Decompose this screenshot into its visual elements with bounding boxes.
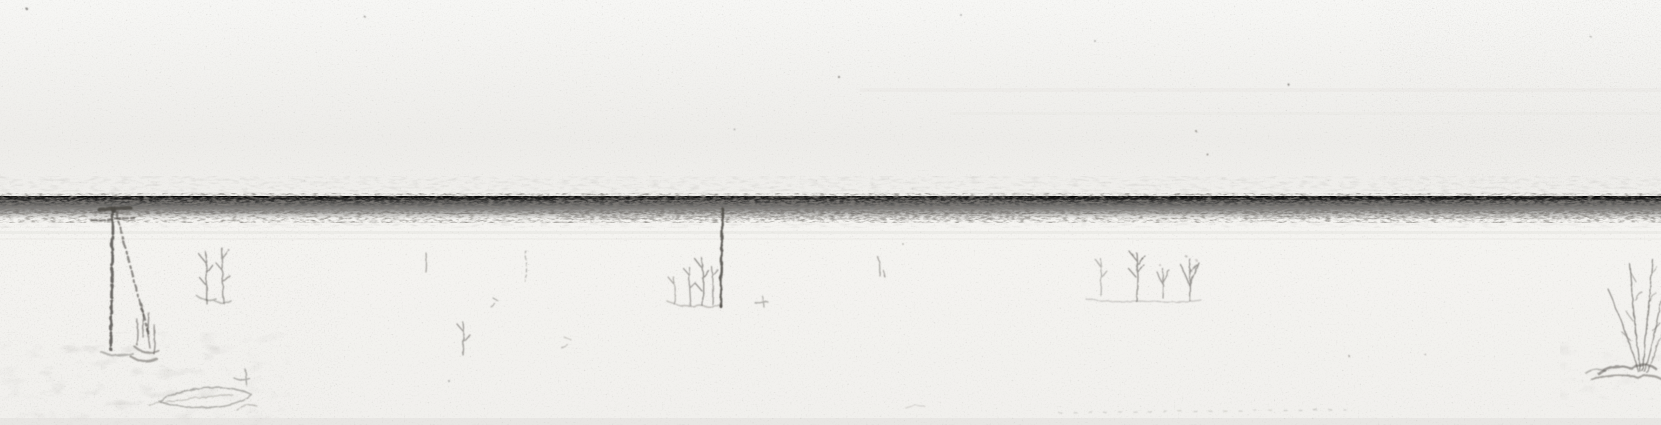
grain-overlay (0, 0, 1661, 425)
landscape-canvas (0, 0, 1661, 425)
winter-landscape-photo (0, 0, 1661, 425)
